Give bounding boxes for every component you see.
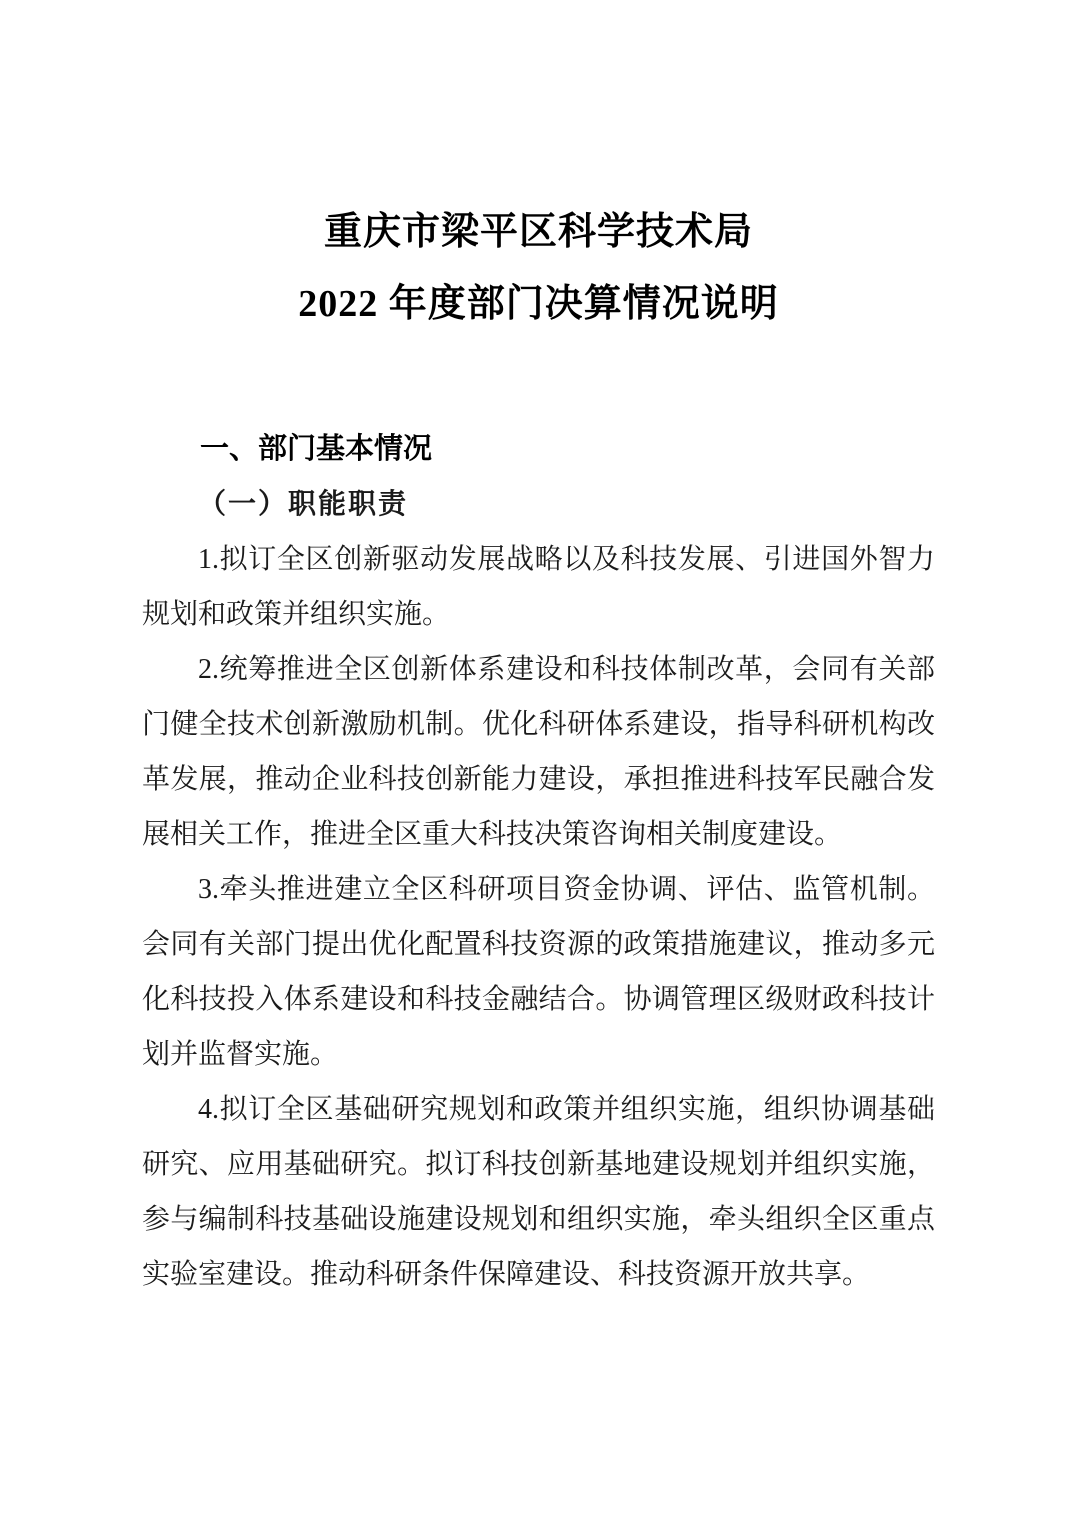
section-heading-basic-info: 一、部门基本情况 [142,422,935,477]
document-page: 重庆市梁平区科学技术局 2022 年度部门决算情况说明 一、部门基本情况 （一）… [0,0,1075,1520]
paragraph-duty-4: 4.拟订全区基础研究规划和政策并组织实施，组织协调基础研究、应用基础研究。拟订科… [142,1082,935,1302]
document-title-line-1: 重庆市梁平区科学技术局 [142,196,935,268]
document-title-line-2: 2022 年度部门决算情况说明 [142,268,935,340]
paragraph-duty-3: 3.牵头推进建立全区科研项目资金协调、评估、监管机制。会同有关部门提出优化配置科… [142,862,935,1082]
body-paragraphs: 1.拟订全区创新驱动发展战略以及科技发展、引进国外智力规划和政策并组织实施。 2… [142,532,935,1302]
paragraph-duty-1: 1.拟订全区创新驱动发展战略以及科技发展、引进国外智力规划和政策并组织实施。 [142,532,935,642]
paragraph-duty-2: 2.统筹推进全区创新体系建设和科技体制改革，会同有关部门健全技术创新激励机制。优… [142,642,935,862]
document-content: 重庆市梁平区科学技术局 2022 年度部门决算情况说明 一、部门基本情况 （一）… [142,0,935,1302]
document-title: 重庆市梁平区科学技术局 2022 年度部门决算情况说明 [142,196,935,340]
subsection-heading-duties: （一）职能职责 [142,477,935,532]
